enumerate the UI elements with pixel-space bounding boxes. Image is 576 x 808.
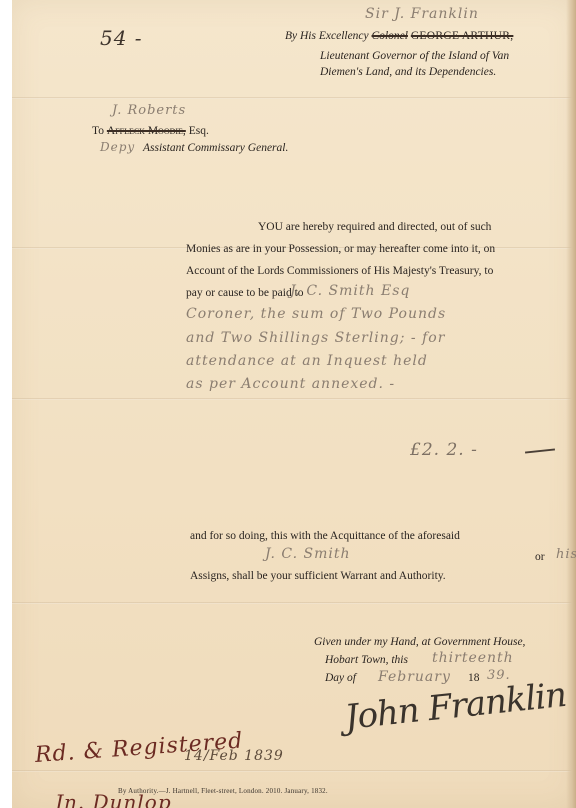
registration-date: 14/Feb 1839 — [184, 748, 284, 764]
handwritten-line-3: attendance at an Inquest held — [186, 353, 428, 369]
esq-suffix: Esq. — [189, 125, 209, 137]
acquittance-line-1: and for so doing, this with the Acquitta… — [190, 530, 460, 542]
body-line-4: pay or cause to be paid to — [186, 287, 304, 299]
addressee-office: Assistant Commissary General. — [143, 142, 288, 154]
acquittance-line-2: Assigns, shall be your sufficient Warran… — [190, 570, 446, 582]
acquittance-payee-handwritten: J. C. Smith — [265, 546, 351, 562]
body-line-3: Account of the Lords Commissioners of Hi… — [186, 265, 493, 277]
or-handwritten: his — [556, 547, 576, 562]
month-handwritten: February — [378, 669, 451, 685]
fold-line — [12, 398, 576, 400]
day-handwritten: thirteenth — [432, 650, 514, 666]
body-line-1: YOU are hereby required and directed, ou… — [258, 221, 491, 233]
paper-edge — [566, 0, 576, 808]
body-line-2: Monies as are in your Possession, or may… — [186, 243, 495, 255]
given-line-3: Day of — [325, 672, 356, 684]
printer-imprint: By Authority.—J. Hartnell, Fleet-street,… — [118, 787, 328, 795]
governor-correction-handwritten: Sir J. Franklin — [365, 6, 479, 22]
payee-handwritten: J. C. Smith Esq — [290, 283, 410, 299]
to-line: To Affleck Moodie, Esq. — [92, 125, 209, 137]
given-line-1: Given under my Hand, at Government House… — [314, 636, 525, 648]
year-printed: 18 — [468, 672, 480, 684]
or-label: or — [535, 551, 545, 563]
governor-title-line-2: Diemen's Land, and its Dependencies. — [320, 66, 496, 78]
struck-addressee-name: Affleck Moodie, — [107, 125, 186, 137]
fold-line — [12, 770, 576, 772]
handwritten-line-1: Coroner, the sum of Two Pounds — [186, 306, 446, 322]
handwritten-line-2: and Two Shillings Sterling; - for — [186, 330, 445, 346]
addressee-handwritten-name: J. Roberts — [112, 103, 186, 118]
deputy-handwritten-prefix: Depy — [100, 140, 135, 154]
struck-rank: Colonel — [372, 30, 408, 42]
fold-line — [12, 97, 576, 99]
given-line-2: Hobart Town, this — [325, 654, 408, 666]
folio-number: 54 - — [100, 26, 143, 50]
struck-governor-name: GEORGE ARTHUR, — [411, 30, 514, 42]
by-line-prefix: By His Excellency — [285, 30, 369, 42]
to-label: To — [92, 125, 104, 137]
by-line: By His Excellency Colonel GEORGE ARTHUR, — [285, 30, 513, 42]
handwritten-line-4: as per Account annexed. - — [186, 376, 395, 392]
fold-line — [12, 602, 576, 604]
amount-handwritten: £2. 2. - — [410, 440, 478, 460]
governor-title-line-1: Lieutenant Governor of the Island of Van — [320, 50, 509, 62]
